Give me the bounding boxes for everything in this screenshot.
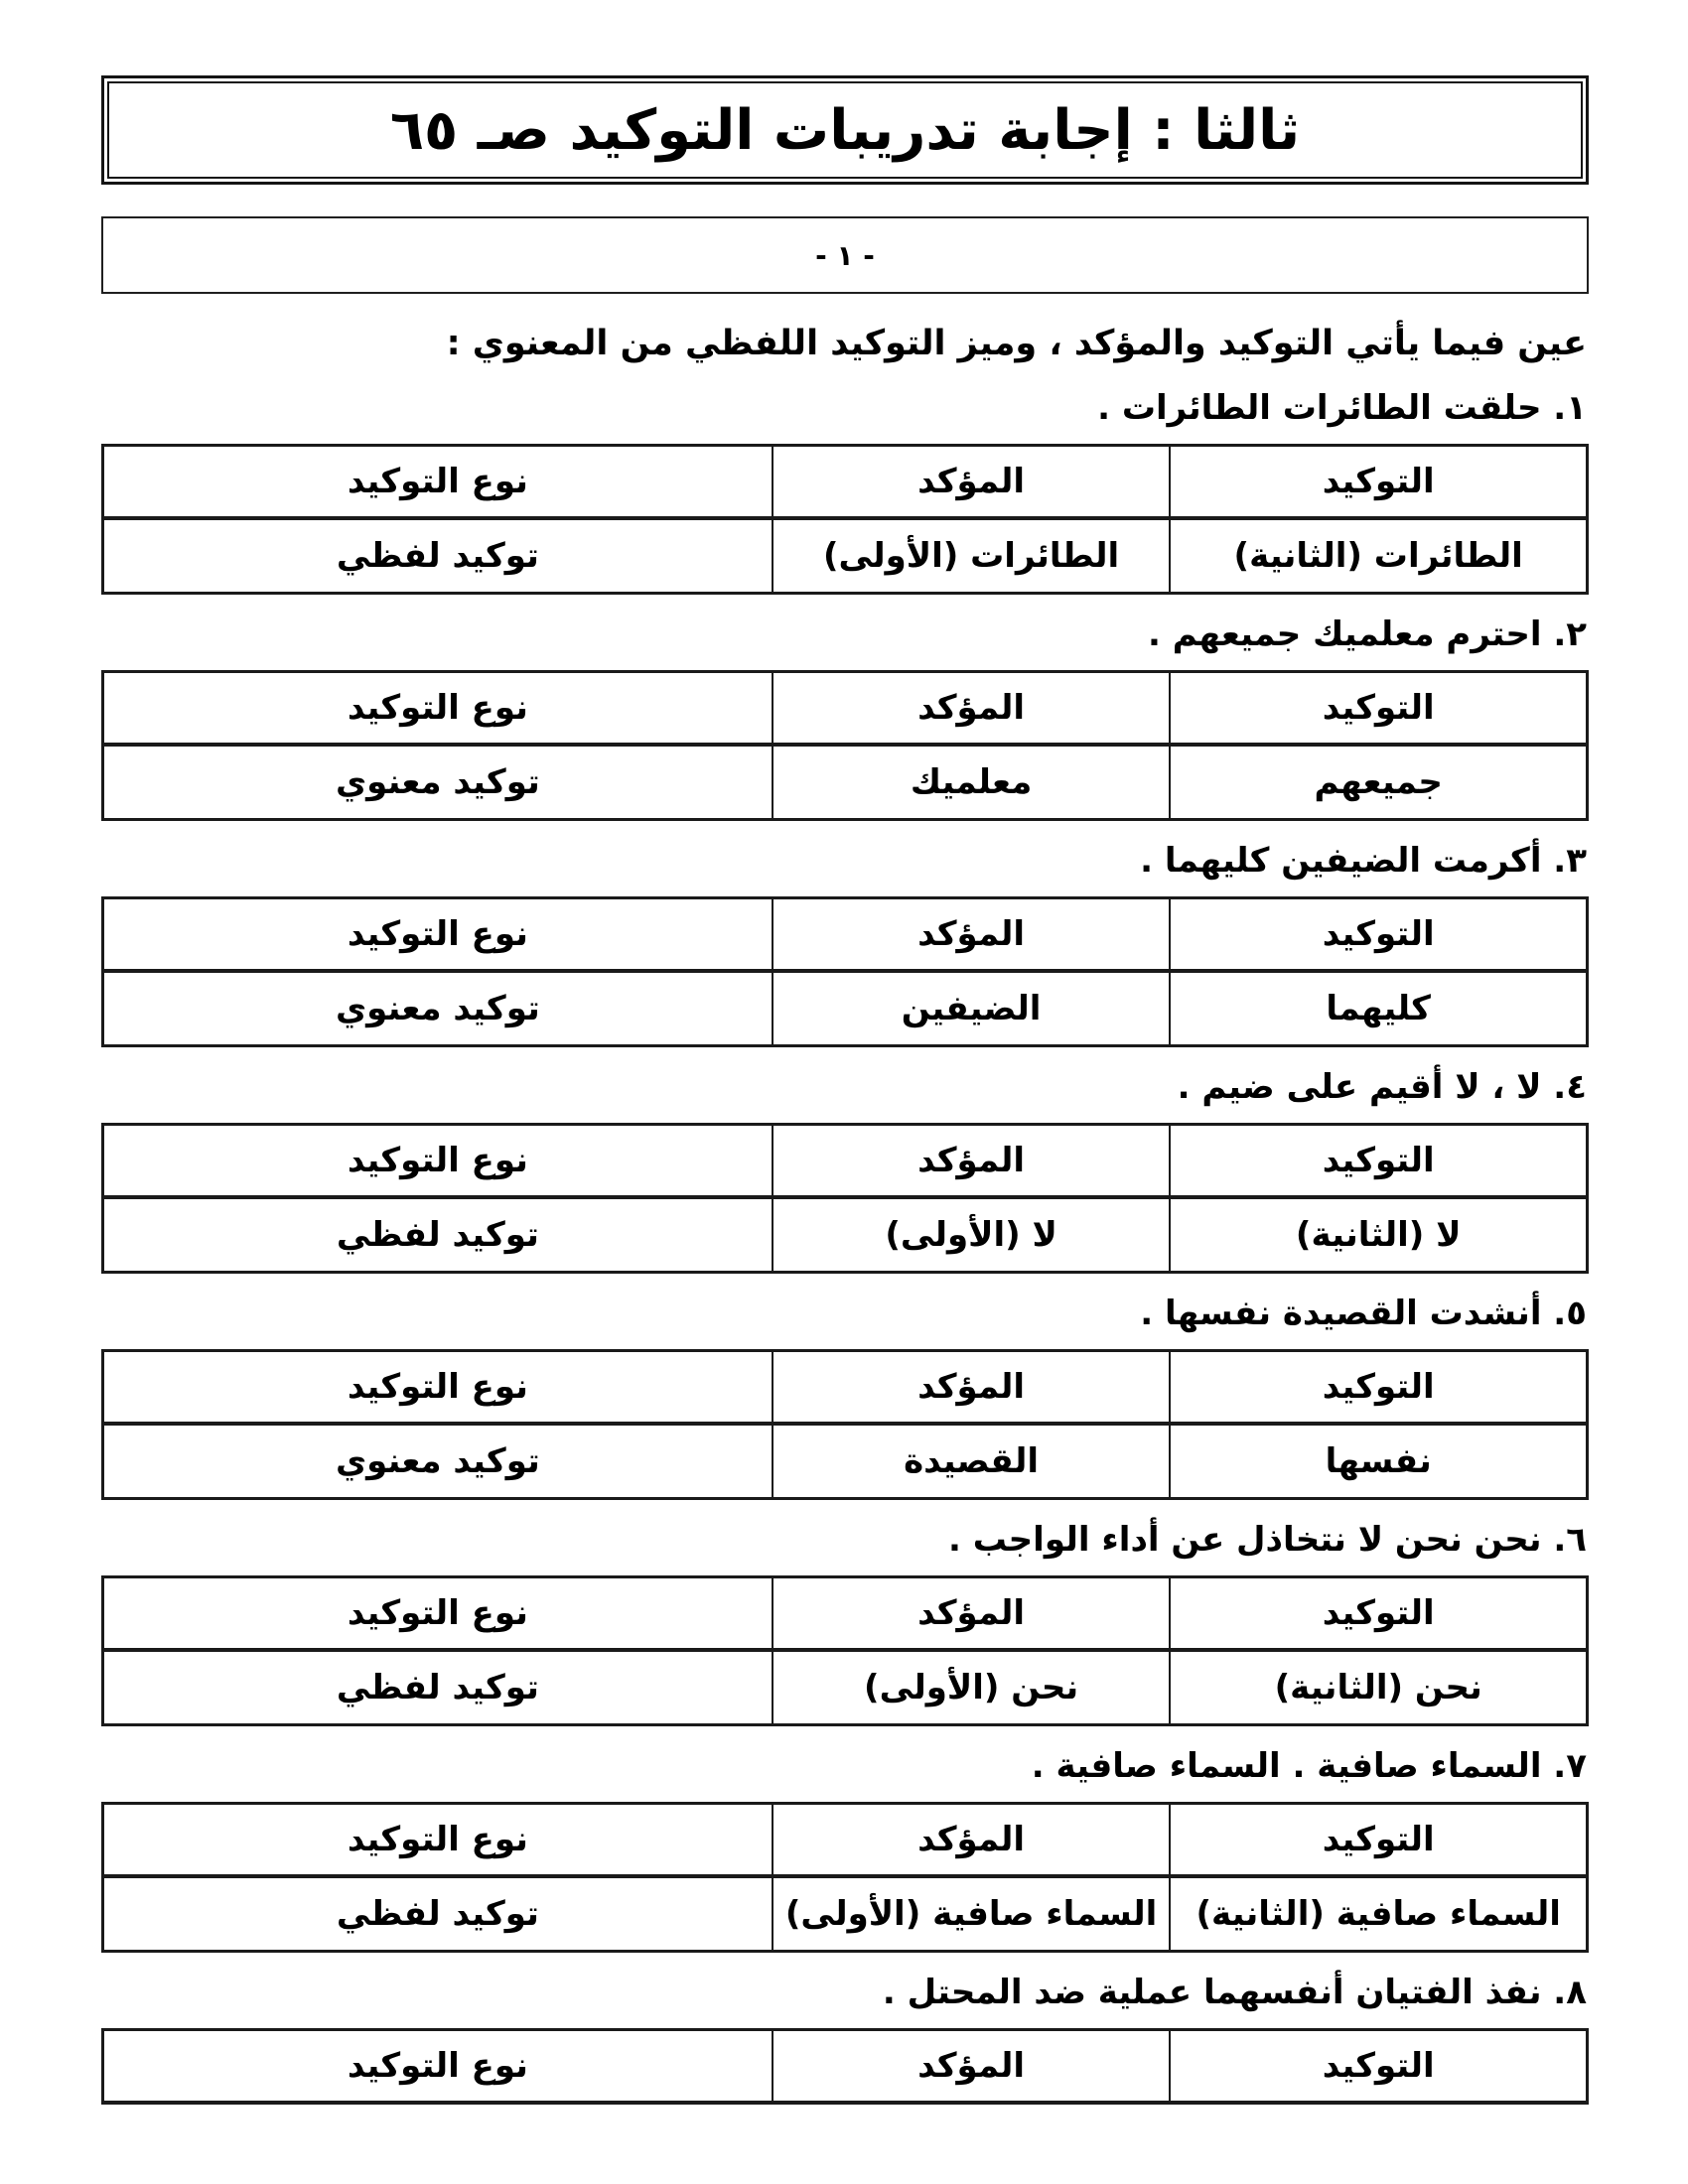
col-header-emphasis-type: نوع التوكيد: [103, 446, 773, 519]
emphasis-type-cell: توكيد معنوي: [103, 1424, 773, 1499]
table-row: جميعهم معلميك توكيد معنوي: [103, 745, 1588, 820]
emphasis-type-cell: توكيد معنوي: [103, 971, 773, 1046]
emphasis-type-cell: توكيد لفظي: [103, 1650, 773, 1725]
col-header-emphasis: التوكيد: [1170, 1351, 1587, 1425]
col-header-emphasized: المؤكد: [773, 1351, 1171, 1425]
sentence-8: ٨. نفذ الفتيان أنفسهما عملية ضد المحتل .: [101, 1971, 1587, 2014]
table-row: نحن (الثانية) نحن (الأولى) توكيد لفظي: [103, 1650, 1588, 1725]
col-header-emphasized: المؤكد: [773, 898, 1171, 972]
table-row: نفسها القصيدة توكيد معنوي: [103, 1424, 1588, 1499]
table-row: السماء صافية (الثانية) السماء صافية (الأ…: [103, 1876, 1588, 1952]
sentence-1: ١. حلقت الطائرات الطائرات .: [101, 386, 1587, 430]
table-header-row: التوكيد المؤكد نوع التوكيد: [103, 898, 1588, 972]
sentence-4: ٤. لا ، لا أقيم على ضيم .: [101, 1065, 1587, 1109]
col-header-emphasized: المؤكد: [773, 1577, 1171, 1651]
col-header-emphasis-type: نوع التوكيد: [103, 1577, 773, 1651]
emphasis-type-cell: توكيد لفظي: [103, 1197, 773, 1273]
table-header-row: التوكيد المؤكد نوع التوكيد: [103, 1577, 1588, 1651]
col-header-emphasis: التوكيد: [1170, 446, 1587, 519]
document-page: ثالثا : إجابة تدريبات التوكيد صـ ٦٥ - ١ …: [0, 0, 1688, 2184]
title-box: ثالثا : إجابة تدريبات التوكيد صـ ٦٥: [101, 75, 1589, 185]
exercise-item-3: ٣. أكرمت الضيفين كليهما . التوكيد المؤكد…: [101, 839, 1589, 1047]
col-header-emphasized: المؤكد: [773, 672, 1171, 746]
sentence-7: ٧. السماء صافية . السماء صافية .: [101, 1744, 1587, 1788]
exercise-item-8: ٨. نفذ الفتيان أنفسهما عملية ضد المحتل .…: [101, 1971, 1589, 2105]
exercise-item-4: ٤. لا ، لا أقيم على ضيم . التوكيد المؤكد…: [101, 1065, 1589, 1274]
col-header-emphasis-type: نوع التوكيد: [103, 672, 773, 746]
emphasized-cell: لا (الأولى): [773, 1197, 1171, 1273]
answer-table-8: التوكيد المؤكد نوع التوكيد: [101, 2028, 1589, 2105]
col-header-emphasis: التوكيد: [1170, 898, 1587, 972]
col-header-emphasis: التوكيد: [1170, 672, 1587, 746]
answer-table-7: التوكيد المؤكد نوع التوكيد السماء صافية …: [101, 1802, 1589, 1953]
page-number-box: - ١ -: [101, 216, 1589, 294]
table-row: الطائرات (الثانية) الطائرات (الأولى) توك…: [103, 518, 1588, 594]
col-header-emphasis: التوكيد: [1170, 2030, 1587, 2104]
col-header-emphasis: التوكيد: [1170, 1577, 1587, 1651]
answer-table-3: التوكيد المؤكد نوع التوكيد كليهما الضيفي…: [101, 896, 1589, 1047]
col-header-emphasis-type: نوع التوكيد: [103, 898, 773, 972]
col-header-emphasis: التوكيد: [1170, 1125, 1587, 1198]
exercise-item-7: ٧. السماء صافية . السماء صافية . التوكيد…: [101, 1744, 1589, 1953]
emphasis-cell: الطائرات (الثانية): [1170, 518, 1587, 594]
col-header-emphasis-type: نوع التوكيد: [103, 1804, 773, 1877]
exercise-item-1: ١. حلقت الطائرات الطائرات . التوكيد المؤ…: [101, 386, 1589, 595]
answer-table-5: التوكيد المؤكد نوع التوكيد نفسها القصيدة…: [101, 1349, 1589, 1500]
emphasized-cell: السماء صافية (الأولى): [773, 1876, 1171, 1952]
table-row: لا (الثانية) لا (الأولى) توكيد لفظي: [103, 1197, 1588, 1273]
emphasis-cell: جميعهم: [1170, 745, 1587, 820]
col-header-emphasized: المؤكد: [773, 446, 1171, 519]
emphasized-cell: نحن (الأولى): [773, 1650, 1171, 1725]
col-header-emphasis-type: نوع التوكيد: [103, 1351, 773, 1425]
emphasized-cell: الطائرات (الأولى): [773, 518, 1171, 594]
instruction-text: عين فيما يأتي التوكيد والمؤكد ، وميز الت…: [101, 320, 1587, 368]
emphasis-cell: كليهما: [1170, 971, 1587, 1046]
emphasized-cell: الضيفين: [773, 971, 1171, 1046]
table-header-row: التوكيد المؤكد نوع التوكيد: [103, 446, 1588, 519]
exercise-item-6: ٦. نحن نحن لا نتخاذل عن أداء الواجب . ال…: [101, 1518, 1589, 1726]
emphasis-cell: السماء صافية (الثانية): [1170, 1876, 1587, 1952]
col-header-emphasized: المؤكد: [773, 2030, 1171, 2104]
answer-table-2: التوكيد المؤكد نوع التوكيد جميعهم معلميك…: [101, 670, 1589, 821]
page-title: ثالثا : إجابة تدريبات التوكيد صـ ٦٥: [107, 81, 1583, 179]
emphasis-type-cell: توكيد لفظي: [103, 1876, 773, 1952]
col-header-emphasis: التوكيد: [1170, 1804, 1587, 1877]
col-header-emphasis-type: نوع التوكيد: [103, 2030, 773, 2104]
table-header-row: التوكيد المؤكد نوع التوكيد: [103, 2030, 1588, 2104]
table-header-row: التوكيد المؤكد نوع التوكيد: [103, 672, 1588, 746]
col-header-emphasized: المؤكد: [773, 1804, 1171, 1877]
emphasis-cell: نفسها: [1170, 1424, 1587, 1499]
answer-table-6: التوكيد المؤكد نوع التوكيد نحن (الثانية)…: [101, 1575, 1589, 1726]
sentence-5: ٥. أنشدت القصيدة نفسها .: [101, 1292, 1587, 1335]
emphasized-cell: معلميك: [773, 745, 1171, 820]
emphasis-type-cell: توكيد معنوي: [103, 745, 773, 820]
answer-table-4: التوكيد المؤكد نوع التوكيد لا (الثانية) …: [101, 1123, 1589, 1274]
emphasis-cell: لا (الثانية): [1170, 1197, 1587, 1273]
table-header-row: التوكيد المؤكد نوع التوكيد: [103, 1804, 1588, 1877]
col-header-emphasis-type: نوع التوكيد: [103, 1125, 773, 1198]
emphasized-cell: القصيدة: [773, 1424, 1171, 1499]
sentence-3: ٣. أكرمت الضيفين كليهما .: [101, 839, 1587, 883]
exercise-item-2: ٢. احترم معلميك جميعهم . التوكيد المؤكد …: [101, 613, 1589, 821]
table-row: كليهما الضيفين توكيد معنوي: [103, 971, 1588, 1046]
sentence-6: ٦. نحن نحن لا نتخاذل عن أداء الواجب .: [101, 1518, 1587, 1562]
emphasis-type-cell: توكيد لفظي: [103, 518, 773, 594]
emphasis-cell: نحن (الثانية): [1170, 1650, 1587, 1725]
exercise-item-5: ٥. أنشدت القصيدة نفسها . التوكيد المؤكد …: [101, 1292, 1589, 1500]
sentence-2: ٢. احترم معلميك جميعهم .: [101, 613, 1587, 656]
answer-table-1: التوكيد المؤكد نوع التوكيد الطائرات (الث…: [101, 444, 1589, 595]
table-header-row: التوكيد المؤكد نوع التوكيد: [103, 1351, 1588, 1425]
col-header-emphasized: المؤكد: [773, 1125, 1171, 1198]
table-header-row: التوكيد المؤكد نوع التوكيد: [103, 1125, 1588, 1198]
